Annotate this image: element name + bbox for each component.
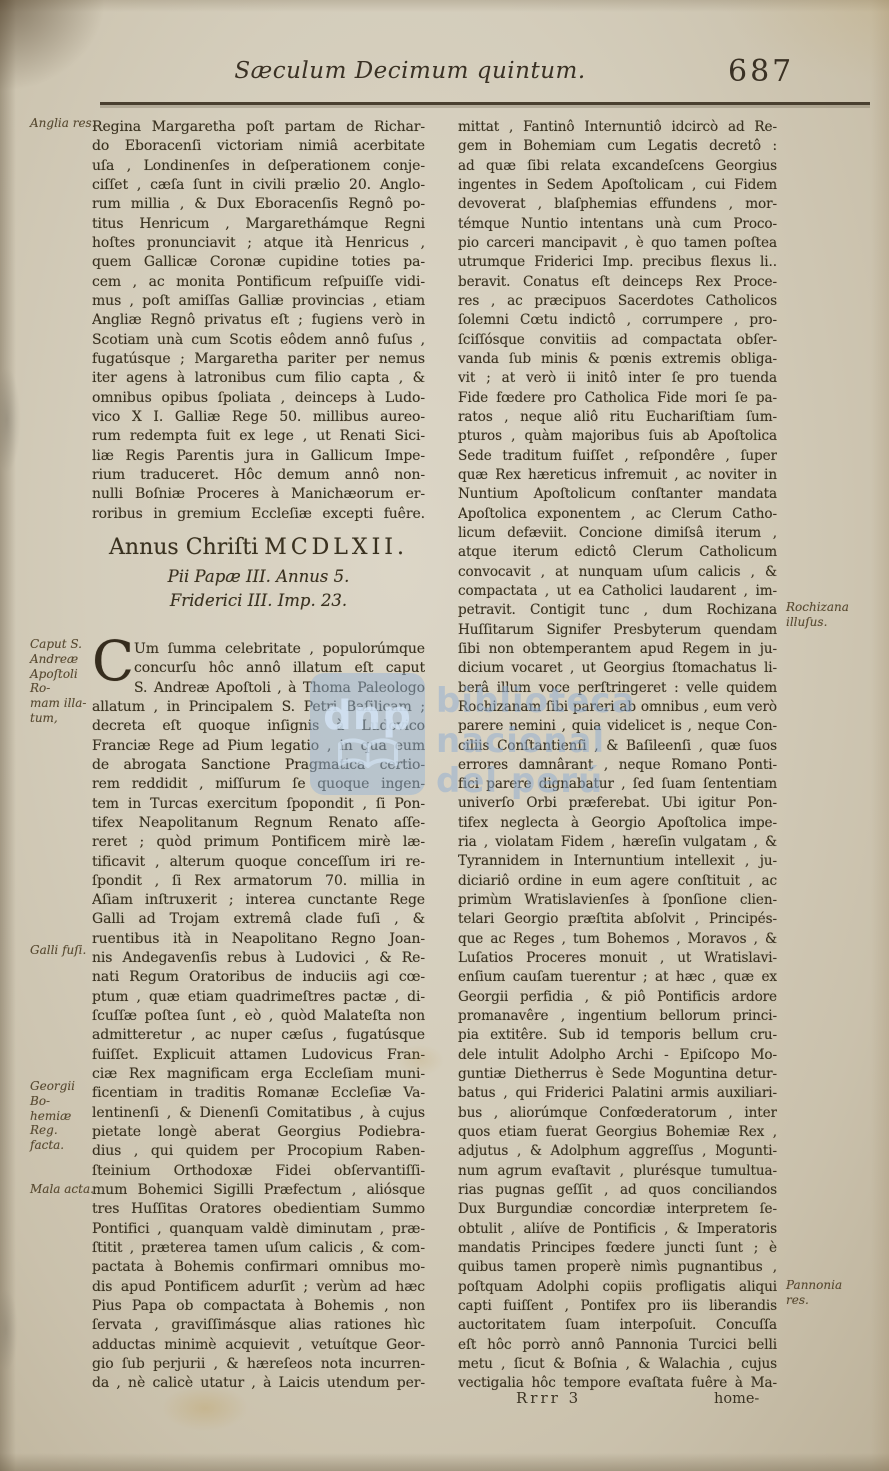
text-line: vico X I. Galliæ Rege 50. millibus aureo… <box>92 408 425 427</box>
catchword: home- <box>714 1391 759 1407</box>
text-line: compactata , ut ea Catholici laudarent ,… <box>458 582 777 601</box>
margin-note-line: Georgii Bo- <box>30 1079 96 1109</box>
margin-note-line: Caput S. <box>30 637 96 652</box>
text-line: Sede traditum fuiſſet , reſpondêre , ſup… <box>458 447 777 466</box>
text-line: nulli Boſniæ Proceres à Manichæorum er- <box>92 485 425 504</box>
margin-note-line: Andreæ <box>30 652 96 667</box>
text-line: do Eboracenſi victoriam nimiâ acerbitate <box>92 137 425 156</box>
text-line: gem in Bohemiam cum Legatis decretô : <box>458 137 777 156</box>
text-line: pactata à Bohemis confirmari omnibus mo- <box>92 1258 425 1277</box>
text-line: liæ Regis Parentis jura in Gallicum Impe… <box>92 447 425 466</box>
text-line: capti fuiſſent , Pontifex pro iis libera… <box>458 1297 777 1316</box>
text-line: Dux Burgundiæ concordiæ interpretem ſe- <box>458 1200 777 1219</box>
text-line: concurſu hôc annô illatum eſt caput <box>134 659 425 678</box>
text-line: Apoſtolica exponentem , ac Clerum Catho- <box>458 505 777 524</box>
text-line: errores damnârant , neque Romano Ponti- <box>458 756 777 775</box>
text-line: hoſtes pronunciavit ; atque ità Henricus… <box>92 234 425 253</box>
text-line: eſt hôc porrò annô Pannonia Turcici bell… <box>458 1336 777 1355</box>
text-line: tifex Neapolitanum Regnum Renato aſſe- <box>92 814 425 833</box>
text-line: uſa , Londinenſes in deſperationem conje… <box>92 157 425 176</box>
text-line: témque Nuntio intentans unà cum Proco- <box>458 215 777 234</box>
text-line: quæ Rex hæreticus infremuit , ac noviter… <box>458 466 777 485</box>
annus-heading-text: Annus Chriſti <box>109 535 258 560</box>
text-line: dius , qui quidem per Procopium Raben- <box>92 1142 425 1161</box>
text-line: diciariô ordine in eum agere conſtituit … <box>458 872 777 891</box>
text-line: Regina Margaretha poſt partam de Richar- <box>92 118 425 137</box>
margin-note-rochizana-illusus: Rochizanailluſus. <box>786 600 886 630</box>
text-line: petravit. Contigit tunc , dum Rochizana <box>458 601 777 620</box>
text-line: omnibus opibus ſpoliata , deinceps à Lud… <box>92 389 425 408</box>
text-line: tres Huſſitas Oratores obedientiam Summo <box>92 1200 425 1219</box>
book-page: Sæculum Decimum quintum. 687 Regina Marg… <box>0 0 889 1471</box>
text-line: mum Bohemici Sigilli Præfectum , aliósqu… <box>92 1181 425 1200</box>
margin-note-line: Anglia res. <box>30 116 96 131</box>
text-line: Rochizanam ſibi pareri ab omnibus , eum … <box>458 698 777 717</box>
text-line: fici parere dignabatur , ſed ſuam ſenten… <box>458 775 777 794</box>
text-line: enſium cauſam tuerentur ; at hæc , quæ e… <box>458 968 777 987</box>
text-line: mus , poſt amiſſas Galliæ provincias , e… <box>92 292 425 311</box>
margin-note-line: res. <box>786 1293 886 1308</box>
text-line: rem reddidit , miſſurum ſe quoque ingen- <box>92 775 425 794</box>
text-line: fuiſſet. Explicuit attamen Ludovicus Fra… <box>92 1046 425 1065</box>
annus-heading-numerals: MCDLXII. <box>264 535 408 560</box>
text-line: berâ illum voce perſtringeret : velle qu… <box>458 679 777 698</box>
subheading-emperor: Friderici III. Imp. 23. <box>92 589 425 613</box>
text-line: rum millia , & Dux Eboracenſis Regnô po- <box>92 195 425 214</box>
text-line: tifex neglecta à Georgio Apoſtolica impe… <box>458 814 777 833</box>
text-line: obtulit , aliíve de Pontificis , & Imper… <box>458 1220 777 1239</box>
text-line: quem Gallicæ Coronæ cupidine toties pa- <box>92 253 425 272</box>
text-line: vanda ſub minis & pœnis extremis obliga- <box>458 350 777 369</box>
text-line: S. Andreæ Apoſtoli , à Thoma Paleologo <box>134 679 425 698</box>
text-line: num agrum evaſtavit , plurésque tumultua… <box>458 1162 777 1181</box>
text-line: ciæ Rex magnificam erga Eccleſiam muni- <box>92 1065 425 1084</box>
text-line: res , ac præcipuos Sacerdotes Catholicos <box>458 292 777 311</box>
text-line: reret ; quòd primum Pontificem mirè læ- <box>92 833 425 852</box>
text-line: Galli ad Trojam extremâ clade fuſi , & <box>92 910 425 929</box>
text-line: atque iterum edictô Clerum Catholicum <box>458 543 777 562</box>
text-line: ria , violatam Fidem , hæreſin vulgatam … <box>458 833 777 852</box>
text-line: admitteretur , ac nuper cæſus , fugatúsq… <box>92 1026 425 1045</box>
text-line: dicium vocaret , ut Georgius ſtomachatus… <box>458 659 777 678</box>
text-line: primùm Wratislavienſes à ſponſione clien… <box>458 891 777 910</box>
text-line: iter agens à latronibus cum filio capta … <box>92 369 425 388</box>
text-line: batus , qui Friderici Palatini armis aux… <box>458 1084 777 1103</box>
margin-note-line: illuſus. <box>786 615 886 630</box>
text-line: Pius Papa ob compactata à Bohemis , non <box>92 1297 425 1316</box>
text-line: rias pugnas geſſit , ad quos conciliando… <box>458 1181 777 1200</box>
margin-note-anglia-res: Anglia res. <box>30 116 96 131</box>
text-line: metu , ſicut & Boſnia , & Walachia , cuj… <box>458 1355 777 1374</box>
text-line: promanavêre , ingentium bellorum princi- <box>458 1007 777 1026</box>
text-line: devoverat , blaſphemias effundens , mor- <box>458 195 777 214</box>
text-line: Nuntium Apoſtolicum conſtanter mandata <box>458 485 777 504</box>
text-line: ſcuſſæ poſtea ſunt , eò , quòd Malateſta… <box>92 1007 425 1026</box>
text-line: ſteinium Orthodoxæ Fidei obſervantiſſi- <box>92 1162 425 1181</box>
text-line: ingentes in Sedem Apoſtolicam , cui Fide… <box>458 176 777 195</box>
text-line: gio ſub perjurii , & hæreſeos nota incur… <box>92 1355 425 1374</box>
text-line: Scotiam unà cum Scotis eôdem annô fuſus … <box>92 331 425 350</box>
text-line: Huſſitarum Signifer Presbyterum quendam <box>458 621 777 640</box>
text-line: Angliæ Regnô privatus eſt ; fugiens verò… <box>92 311 425 330</box>
text-line: roribus in gremium Eccleſiæ excepti fuêr… <box>92 505 425 524</box>
text-line: que ac Reges , tum Bohemos , Moravos , & <box>458 930 777 949</box>
text-line: ſciſſósque convitiis ad compactata obſer… <box>458 331 777 350</box>
running-header-title: Sæculum Decimum quintum. <box>130 58 690 84</box>
text-line: allatum , in Principalem S. Petri Baſili… <box>92 698 425 717</box>
header-rule <box>100 102 870 105</box>
margin-note-line: Mala acta. <box>30 1182 96 1197</box>
text-line: licum defæviit. Concione dimiſsâ iterum … <box>458 524 777 543</box>
margin-note-mala-acta: Mala acta. <box>30 1182 96 1197</box>
text-line: ciliis Conſtantienſi , & Baſileenſi , qu… <box>458 737 777 756</box>
text-line: auctoritatem ſuam interpoſuit. Concuſſa <box>458 1316 777 1335</box>
right-text-column: mittat , Fantinô Internuntiô idcircò ad … <box>458 118 777 1394</box>
paragraph-anglia: Regina Margaretha poſt partam de Richar-… <box>92 118 425 524</box>
text-line: da , nè calicè utatur , à Laicis utendum… <box>92 1374 425 1393</box>
page-number: 687 <box>728 54 794 89</box>
text-line: pietate longè aberat Georgius Podiebra- <box>92 1123 425 1142</box>
text-line: dis apud Pontificem adurſit ; verùm ad h… <box>92 1278 425 1297</box>
text-line: telari Georgio præſtita abſolvit , Princ… <box>458 910 777 929</box>
text-line: beravit. Conatus eſt deinceps Rex Proce- <box>458 273 777 292</box>
text-line: adjutus , & Adolphum aggreſſus , Mogunti… <box>458 1142 777 1161</box>
text-line: pio carceri mancipavit , è quo tamen poſ… <box>458 234 777 253</box>
text-line: Fide fœdere pro Catholica Fide mori ſe p… <box>458 389 777 408</box>
text-line: parere nemini , quia videlicet is , nequ… <box>458 717 777 736</box>
text-line: univerſo Orbi præferebat. Ubi igitur Pon… <box>458 794 777 813</box>
margin-note-caput-s-andreae: Caput S.AndreæApoſtoli Ro-mam illa-tum, <box>30 637 96 726</box>
margin-note-galli-fusi: Galli fuſi. <box>30 943 96 958</box>
text-line: Aſiam inſtruxerit ; interea cunctante Re… <box>92 891 425 910</box>
text-line: ratos , neque aliô ritu Euchariſtiam ſum… <box>458 408 777 427</box>
text-line: ptum , quæ etiam quadrimeſtres pactæ , d… <box>92 988 425 1007</box>
margin-note-line: mam illa- <box>30 696 96 711</box>
text-line: ſervata , graviſſimásque alias rationes … <box>92 1316 425 1335</box>
text-line: ſolemni Cœtu indictô , corrumpere , pro- <box>458 311 777 330</box>
text-line: ruentibus ità in Neapolitano Regno Joan- <box>92 930 425 949</box>
text-line: ſpondit , ſi Rex armatorum 70. millia in <box>92 872 425 891</box>
text-line: decreta eſt quoque inſignis à Ludovico <box>92 717 425 736</box>
text-line: nati Regum Oratoribus de induciis agi cœ… <box>92 968 425 987</box>
text-line: dele intulit Adolpho Archi - Epiſcopo Mo… <box>458 1046 777 1065</box>
margin-note-line: Rochizana <box>786 600 886 615</box>
margin-note-georgii-bohemiae-reg-facta: Georgii Bo-hemiæ Reg.facta. <box>30 1079 96 1153</box>
text-line: tem in Turcas exercitum ſpopondit , ſi P… <box>92 795 425 814</box>
text-line: quos etiam fuerat Georgius Bohemiæ Rex , <box>458 1123 777 1142</box>
text-line: mandatis Principes fœdere juncti ſunt ; … <box>458 1239 777 1258</box>
text-line: utrumque Friderici Imp. precibus flexus … <box>458 253 777 272</box>
annus-christi-heading: Annus ChriſtiMCDLXII. <box>92 533 425 565</box>
dropcap-initial: C <box>92 640 134 680</box>
text-line: de abrogata Sanctione Pragmatica certio- <box>92 756 425 775</box>
signature-mark: Rrrr 3 <box>516 1389 581 1407</box>
margin-note-line: hemiæ Reg. <box>30 1109 96 1139</box>
text-line: tificavit , alterum quoque conceſſum iri… <box>92 853 425 872</box>
text-line: Um ſumma celebritate , populorúmque <box>134 640 425 659</box>
text-line: Luſatios Proceres monuit , ut Wratislavi… <box>458 949 777 968</box>
text-line: pia extitêre. Sub id temporis bellum cru… <box>458 1026 777 1045</box>
text-line: Georgii perfidia , & piô Pontificis ardo… <box>458 988 777 1007</box>
text-line: nis Andegavenſis rebus à Ludovici , & Re… <box>92 949 425 968</box>
margin-note-line: tum, <box>30 711 96 726</box>
margin-note-line: facta. <box>30 1138 96 1153</box>
subheading-pope: Pii Papæ III. Annus 5. <box>92 565 425 589</box>
left-text-column: Regina Margaretha poſt partam de Richar-… <box>92 118 425 1394</box>
text-line: poſtquam Adolphi copiis profligatis aliq… <box>458 1278 777 1297</box>
text-line: mittat , Fantinô Internuntiô idcircò ad … <box>458 118 777 137</box>
text-line: lentinenſi , & Dienenſi Comitatibus , à … <box>92 1104 425 1123</box>
text-line: adductas minimè acquievit , vetuítque Ge… <box>92 1336 425 1355</box>
text-line: ſibi non obtemperantem apud Regem in ju- <box>458 640 777 659</box>
text-line: rum redempta fuit ex lege , ut Renati Si… <box>92 427 425 446</box>
paragraph-caput-andreae: CUm ſumma celebritate , populorúmqueconc… <box>92 640 425 1394</box>
text-line: quibus tamen properè nimìs pugnantibus , <box>458 1258 777 1277</box>
text-line: Franciæ Rege ad Pium legatio , in qua eu… <box>92 737 425 756</box>
text-line: pturos , quàm majoribus ſuis ab Apoſtoli… <box>458 427 777 446</box>
text-line: guntiæ Dietherrus è Sede Moguntina detur… <box>458 1065 777 1084</box>
text-line: ad quæ ſibi relata excandeſcens Georgius <box>458 157 777 176</box>
text-line: ſtitit , præterea tamen uſum calicis , &… <box>92 1239 425 1258</box>
text-line: ficentiam in traditis Romanæ Eccleſiæ Va… <box>92 1084 425 1103</box>
text-line: titus Henricum , Margarethámque Regni <box>92 215 425 234</box>
margin-note-line: Pannonia <box>786 1278 886 1293</box>
margin-note-line: Apoſtoli Ro- <box>30 667 96 697</box>
margin-note-line: Galli fuſi. <box>30 943 96 958</box>
text-line: Pontifici , quanquam valdè diminutam , p… <box>92 1220 425 1239</box>
text-line: rium traduceret. Hôc demum annô non- <box>92 466 425 485</box>
text-line: fugatúsque ; Margaretha pariter per nemu… <box>92 350 425 369</box>
text-line: ciſſet , cæſa ſunt in civili prælio 20. … <box>92 176 425 195</box>
text-line: cem , ac monita Pontificum reſpuiſſe vid… <box>92 273 425 292</box>
margin-note-pannonia-res: Pannoniares. <box>786 1278 886 1308</box>
text-line: Tyrannidem in Internuntium intellexit , … <box>458 852 777 871</box>
text-line: bus , aliorúmque Confœderatorum , inter <box>458 1104 777 1123</box>
text-line: vit ; at verò ii initô inter ſe pro tuen… <box>458 369 777 388</box>
text-line: convocavit , at nunquam uſum calicis , & <box>458 563 777 582</box>
